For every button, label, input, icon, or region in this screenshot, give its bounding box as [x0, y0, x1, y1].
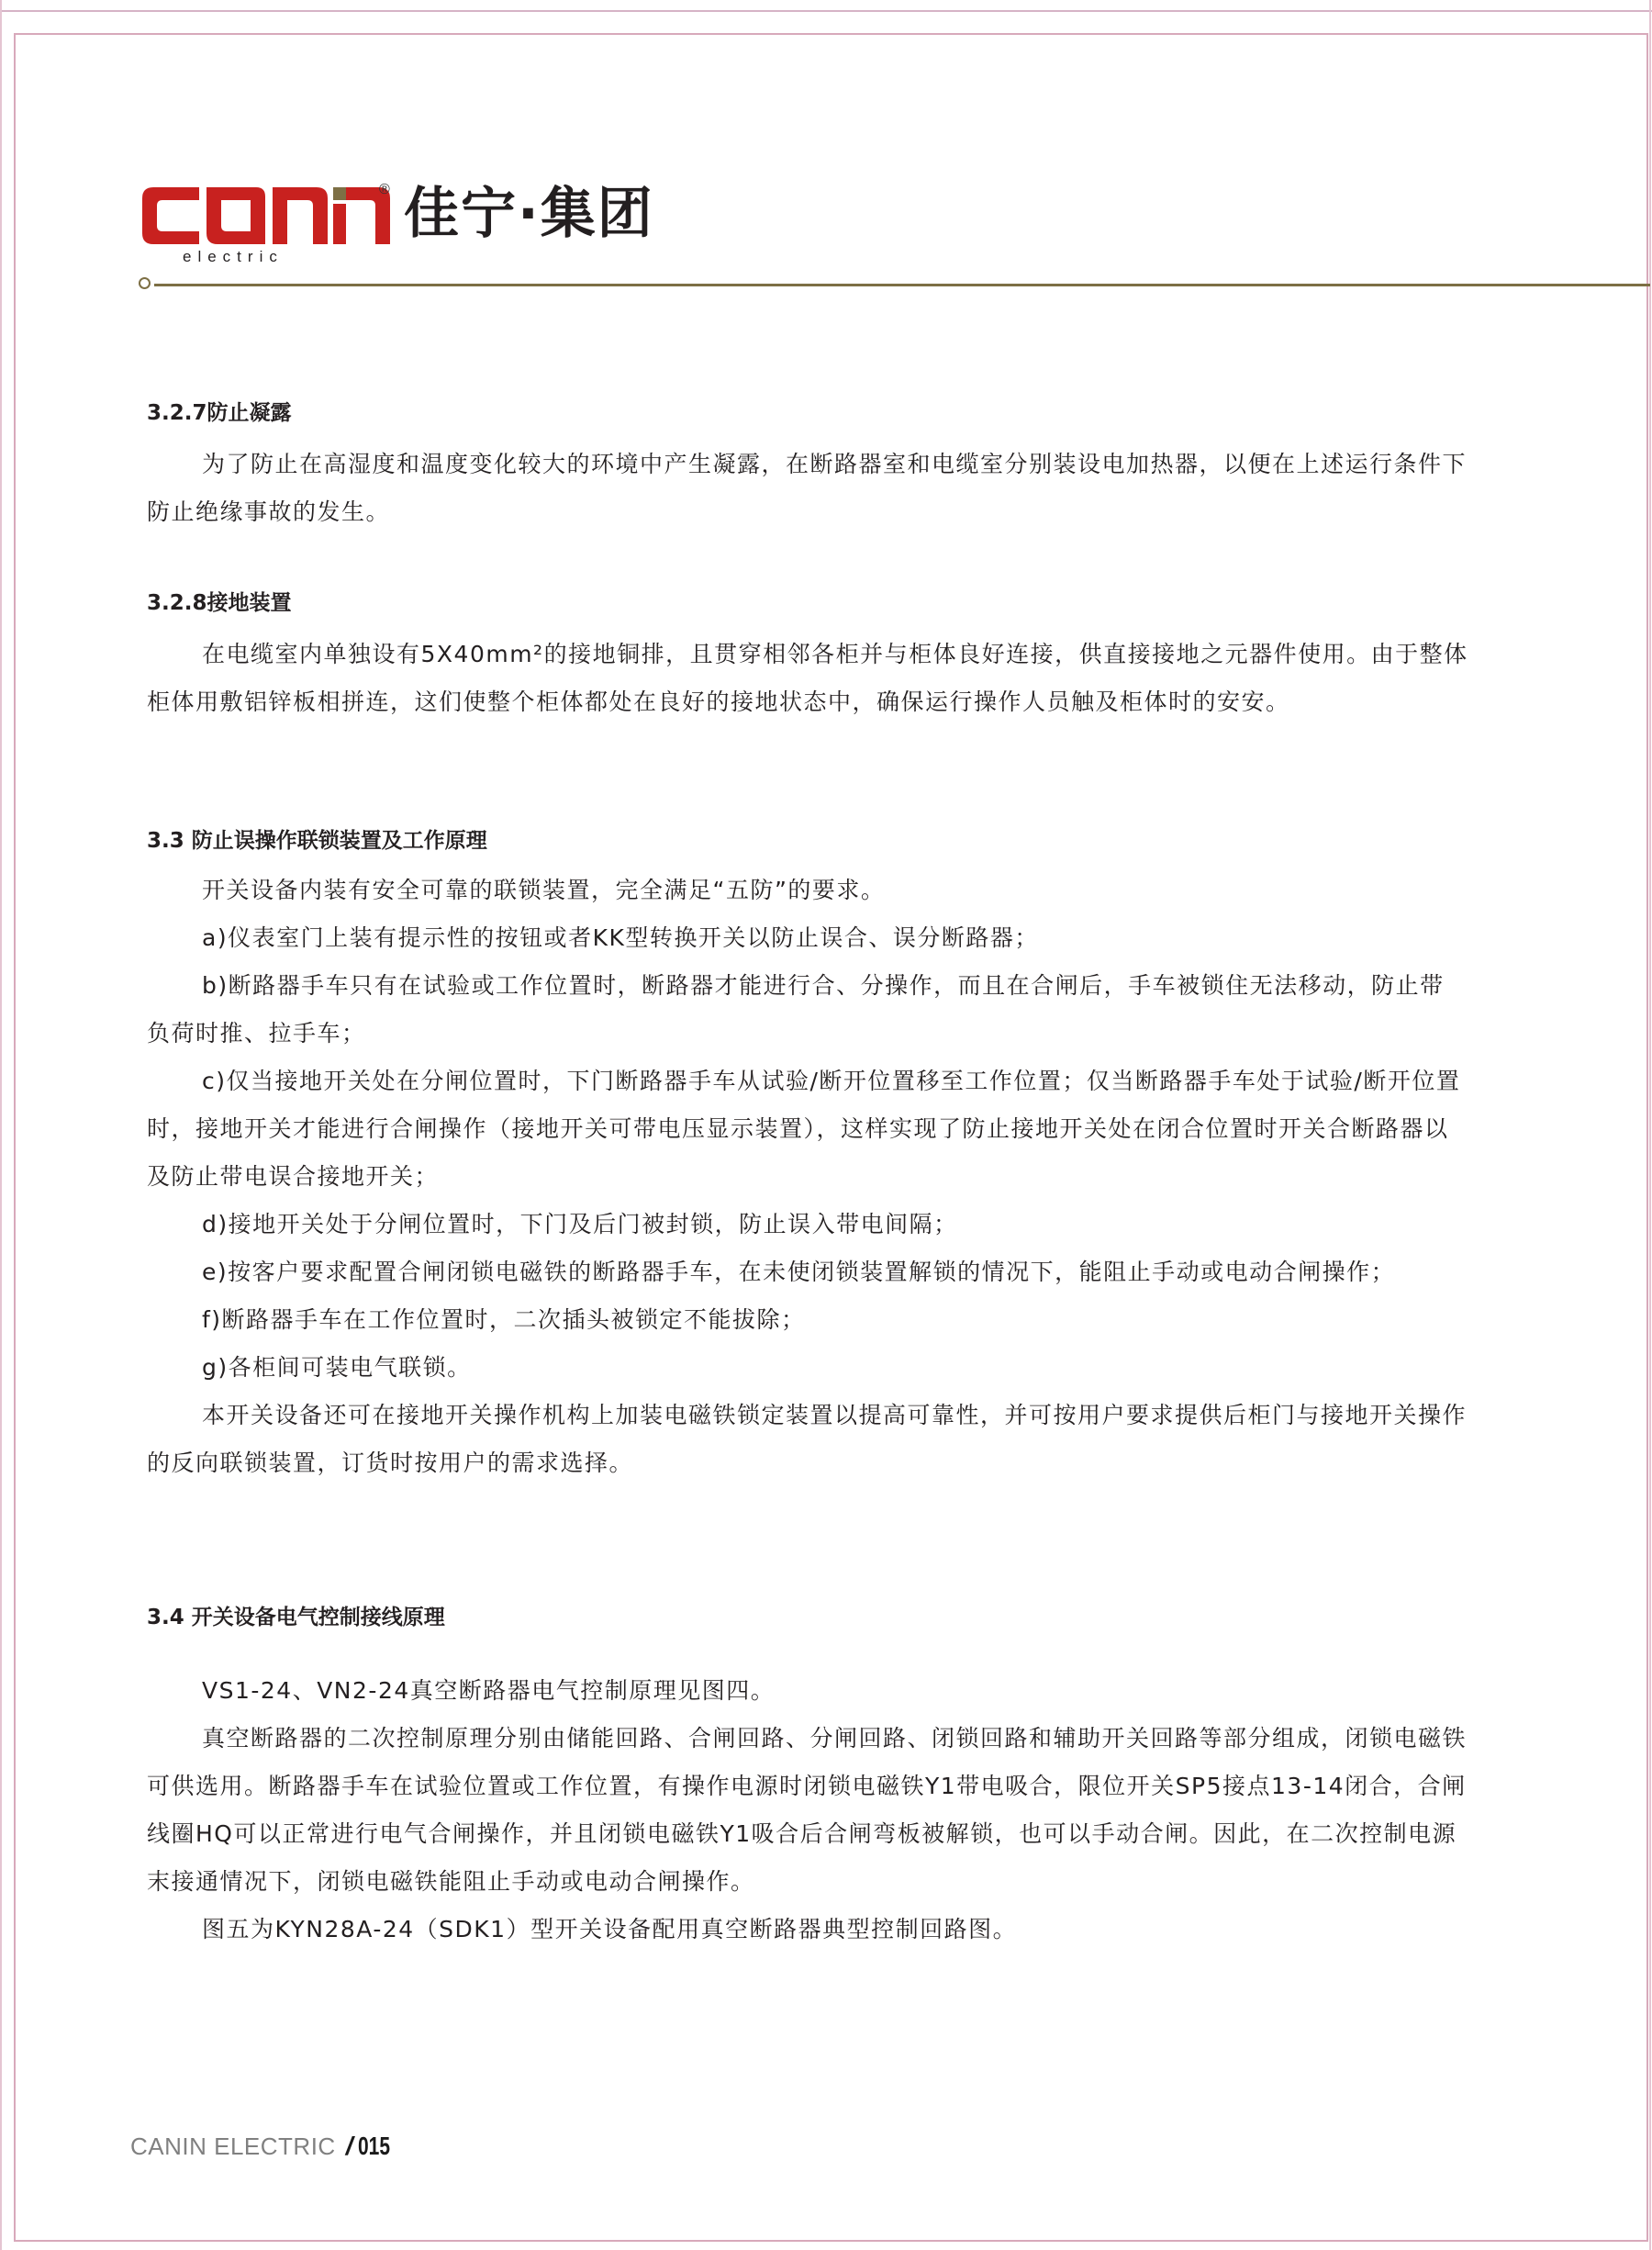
section-electrical-control: 3.4 开关设备电气控制接线原理 VS1-24、VN2-24真空断路器电气控制原… [147, 1599, 1468, 1953]
page-footer: CANIN ELECTRIC / 015 [130, 2132, 400, 2161]
list-item-d: d)接地开关处于分闸位置时，下门及后门被封锁，防止误入带电间隔； [147, 1201, 1468, 1248]
section-anti-condensation: 3.2.7防止凝露 为了防止在高湿度和温度变化较大的环境中产生凝露，在断路器室和… [147, 395, 1468, 536]
logo-subtitle: electric [183, 248, 284, 266]
registered-mark: ® [379, 182, 390, 198]
paragraph: 开关设备内装有安全可靠的联锁装置，完全满足“五防”的要求。 [147, 867, 1468, 914]
list-item-e: e)按客户要求配置合闸闭锁电磁铁的断路器手车，在未使闭锁装置解锁的情况下，能阻止… [147, 1248, 1468, 1296]
paragraph: 真空断路器的二次控制原理分别由储能回路、合闸回路、分闸回路、闭锁回路和辅助开关回… [147, 1715, 1468, 1906]
crop-mark-right [1649, 0, 1651, 2250]
paragraph: 为了防止在高湿度和温度变化较大的环境中产生凝露，在断路器室和电缆室分别装设电加热… [147, 441, 1468, 536]
paragraph: 本开关设备还可在接地开关操作机构上加装电磁铁锁定装置以提高可靠性，并可按用户要求… [147, 1392, 1468, 1487]
canin-wordmark-icon [142, 187, 390, 244]
footer-brand: CANIN ELECTRIC [130, 2132, 336, 2160]
section-heading: 3.3 防止误操作联锁装置及工作原理 [147, 823, 1468, 859]
header-rule-circle-icon [139, 277, 151, 289]
logo-chinese-name: 佳宁·集团 [404, 184, 654, 244]
list-item-a: a)仪表室门上装有提示性的按钮或者KK型转换开关以防止误合、误分断路器； [147, 914, 1468, 962]
list-item-c: c)仅当接地开关处在分闸位置时，下门断路器手车从试验/断开位置移至工作位置；仅当… [147, 1058, 1468, 1201]
company-logo: ® electric 佳宁·集团 [142, 184, 730, 266]
page-number: 015 [358, 2132, 390, 2161]
footer-separator: / [346, 2132, 353, 2160]
paragraph: VS1-24、VN2-24真空断路器电气控制原理见图四。 [147, 1667, 1468, 1715]
header-rule [154, 284, 1650, 286]
list-item-b: b)断路器手车只有在试验或工作位置时，断路器才能进行合、分操作，而且在合闸后，手… [147, 962, 1468, 1058]
section-heading: 3.2.7防止凝露 [147, 395, 1468, 431]
section-grounding-device: 3.2.8接地装置 在电缆室内单独设有5X40mm²的接地铜排，且贯穿相邻各柜并… [147, 585, 1468, 726]
section-heading: 3.4 开关设备电气控制接线原理 [147, 1599, 1468, 1636]
paragraph: 在电缆室内单独设有5X40mm²的接地铜排，且贯穿相邻各柜并与柜体良好连接，供直… [147, 631, 1468, 726]
section-heading: 3.2.8接地装置 [147, 585, 1468, 621]
list-item-g: g)各柜间可装电气联锁。 [147, 1344, 1468, 1392]
list-item-f: f)断路器手车在工作位置时，二次插头被锁定不能拔除； [147, 1296, 1468, 1344]
crop-mark-top [0, 10, 1652, 12]
section-interlock-device: 3.3 防止误操作联锁装置及工作原理 开关设备内装有安全可靠的联锁装置，完全满足… [147, 823, 1468, 1487]
crop-mark-left [0, 0, 2, 2250]
paragraph: 图五为KYN28A-24（SDK1）型开关设备配用真空断路器典型控制回路图。 [147, 1906, 1468, 1953]
